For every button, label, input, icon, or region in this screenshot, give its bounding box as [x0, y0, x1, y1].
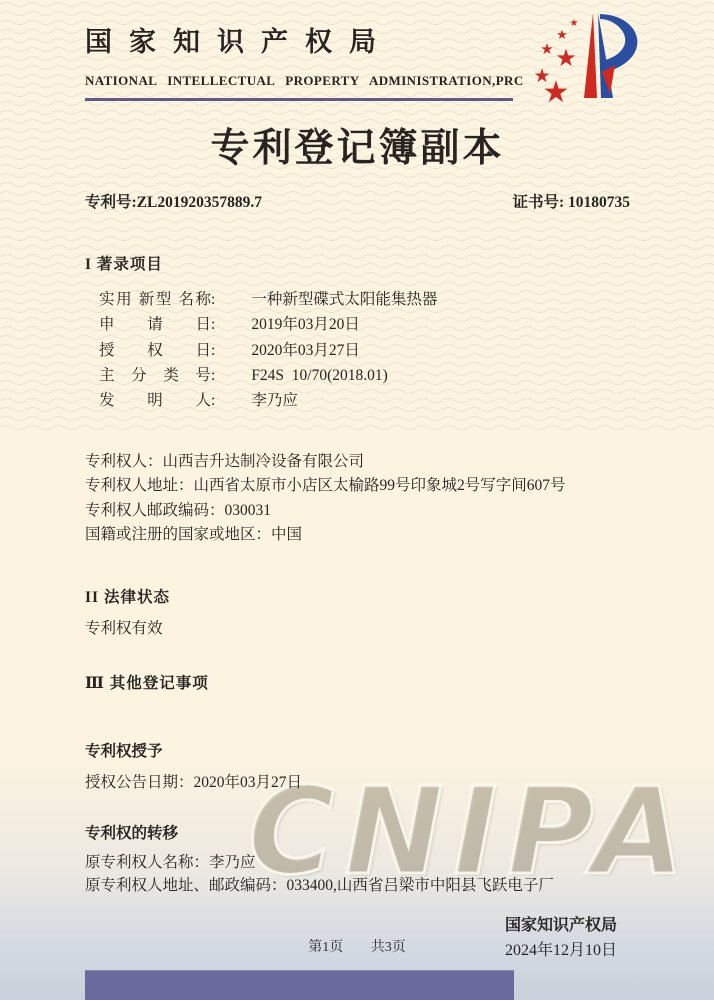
star-icon: ★: [540, 40, 553, 58]
previous-patentee-address: 原专利权人地址、邮政编码：033400,山西省吕梁市中阳县飞跃电子厂: [85, 874, 630, 898]
row-colon: :: [211, 287, 215, 312]
patent-number-row: 专利号:ZL201920357889.7 证书号: 10180735: [85, 190, 630, 212]
section2-heading: II 法律状态: [85, 585, 630, 607]
star-icon: ★: [533, 65, 550, 87]
table-row: 发明人: 李乃应: [85, 388, 630, 413]
row-colon: :: [211, 363, 215, 388]
section1-heading: I 著录项目: [85, 252, 630, 274]
row-value: F24S 10/70(2018.01): [251, 363, 388, 388]
table-row: 实用 新型 名称: 一种新型碟式太阳能集热器: [85, 287, 630, 312]
row-value: 2020年03月27日: [251, 338, 360, 363]
table-row: 主分类号: F24S 10/70(2018.01): [85, 363, 630, 388]
star-icon: ★: [555, 44, 577, 72]
bottom-page-edge: [85, 970, 514, 1000]
legal-status: 专利权有效: [85, 616, 630, 638]
patentee-block: 专利权人：山西吉升达制冷设备有限公司 专利权人地址：山西省太原市小店区太榆路99…: [85, 450, 630, 548]
signature-agency: 国家知识产权局: [85, 913, 617, 939]
cnipa-logo-icon: ★ ★ ★ ★ ★ ★: [498, 6, 668, 116]
document-header: 国家知识产权局 NATIONAL INTELLECTUAL PROPERTY A…: [85, 20, 630, 101]
document-content: 国家知识产权局 NATIONAL INTELLECTUAL PROPERTY A…: [0, 0, 714, 964]
row-value: 2019年03月20日: [251, 312, 360, 337]
patent-number: 专利号:ZL201920357889.7: [85, 190, 262, 212]
transfer-heading: 专利权的转移: [85, 821, 630, 843]
grant-publication-date: 授权公告日期：2020年03月27日: [85, 770, 630, 792]
header-rule: [85, 98, 513, 101]
patent-register-document: CNIPA 国家知识产权局 NATIONAL INTELLECTUAL PROP…: [0, 0, 714, 1000]
table-row: 授权日: 2020年03月27日: [85, 338, 630, 363]
page-total: 共3页: [371, 940, 406, 955]
patentee-name: 专利权人：山西吉升达制冷设备有限公司: [85, 450, 630, 474]
page-footer: 第1页 共3页: [0, 936, 714, 956]
row-colon: :: [211, 312, 215, 337]
patentee-country: 国籍或注册的国家或地区：中国: [85, 523, 630, 547]
certificate-number: 证书号: 10180735: [512, 190, 630, 212]
row-label: 实用 新型 名称: [99, 287, 211, 312]
document-title: 专利登记簿副本: [85, 127, 630, 172]
patentee-postcode: 专利权人邮政编码：030031: [85, 499, 630, 523]
section3-heading: Ⅲ 其他登记事项: [85, 671, 630, 693]
transfer-block: 原专利权人名称：李乃应 原专利权人地址、邮政编码：033400,山西省吕梁市中阳…: [85, 851, 630, 898]
row-label: 授权日: [99, 338, 211, 363]
star-icon: ★: [556, 28, 568, 43]
star-icon: ★: [570, 18, 579, 29]
table-row: 申请日: 2019年03月20日: [85, 312, 630, 337]
row-colon: :: [211, 338, 215, 363]
row-label: 主分类号: [99, 363, 211, 388]
row-label: 发明人: [99, 388, 211, 413]
previous-patentee-name: 原专利权人名称：李乃应: [85, 851, 630, 875]
logo-bowl: [600, 14, 637, 72]
bibliographic-table: 实用 新型 名称: 一种新型碟式太阳能集热器 申请日: 2019年03月20日 …: [85, 287, 630, 414]
page-current: 第1页: [308, 940, 343, 955]
row-value: 李乃应: [251, 388, 298, 413]
row-value: 一种新型碟式太阳能集热器: [251, 287, 437, 312]
patentee-address: 专利权人地址：山西省太原市小店区太榆路99号印象城2号写字间607号: [85, 474, 630, 498]
row-colon: :: [211, 388, 215, 413]
grant-heading: 专利权授予: [85, 739, 630, 761]
row-label: 申请日: [99, 312, 211, 337]
logo-left-wedge: [584, 13, 597, 98]
